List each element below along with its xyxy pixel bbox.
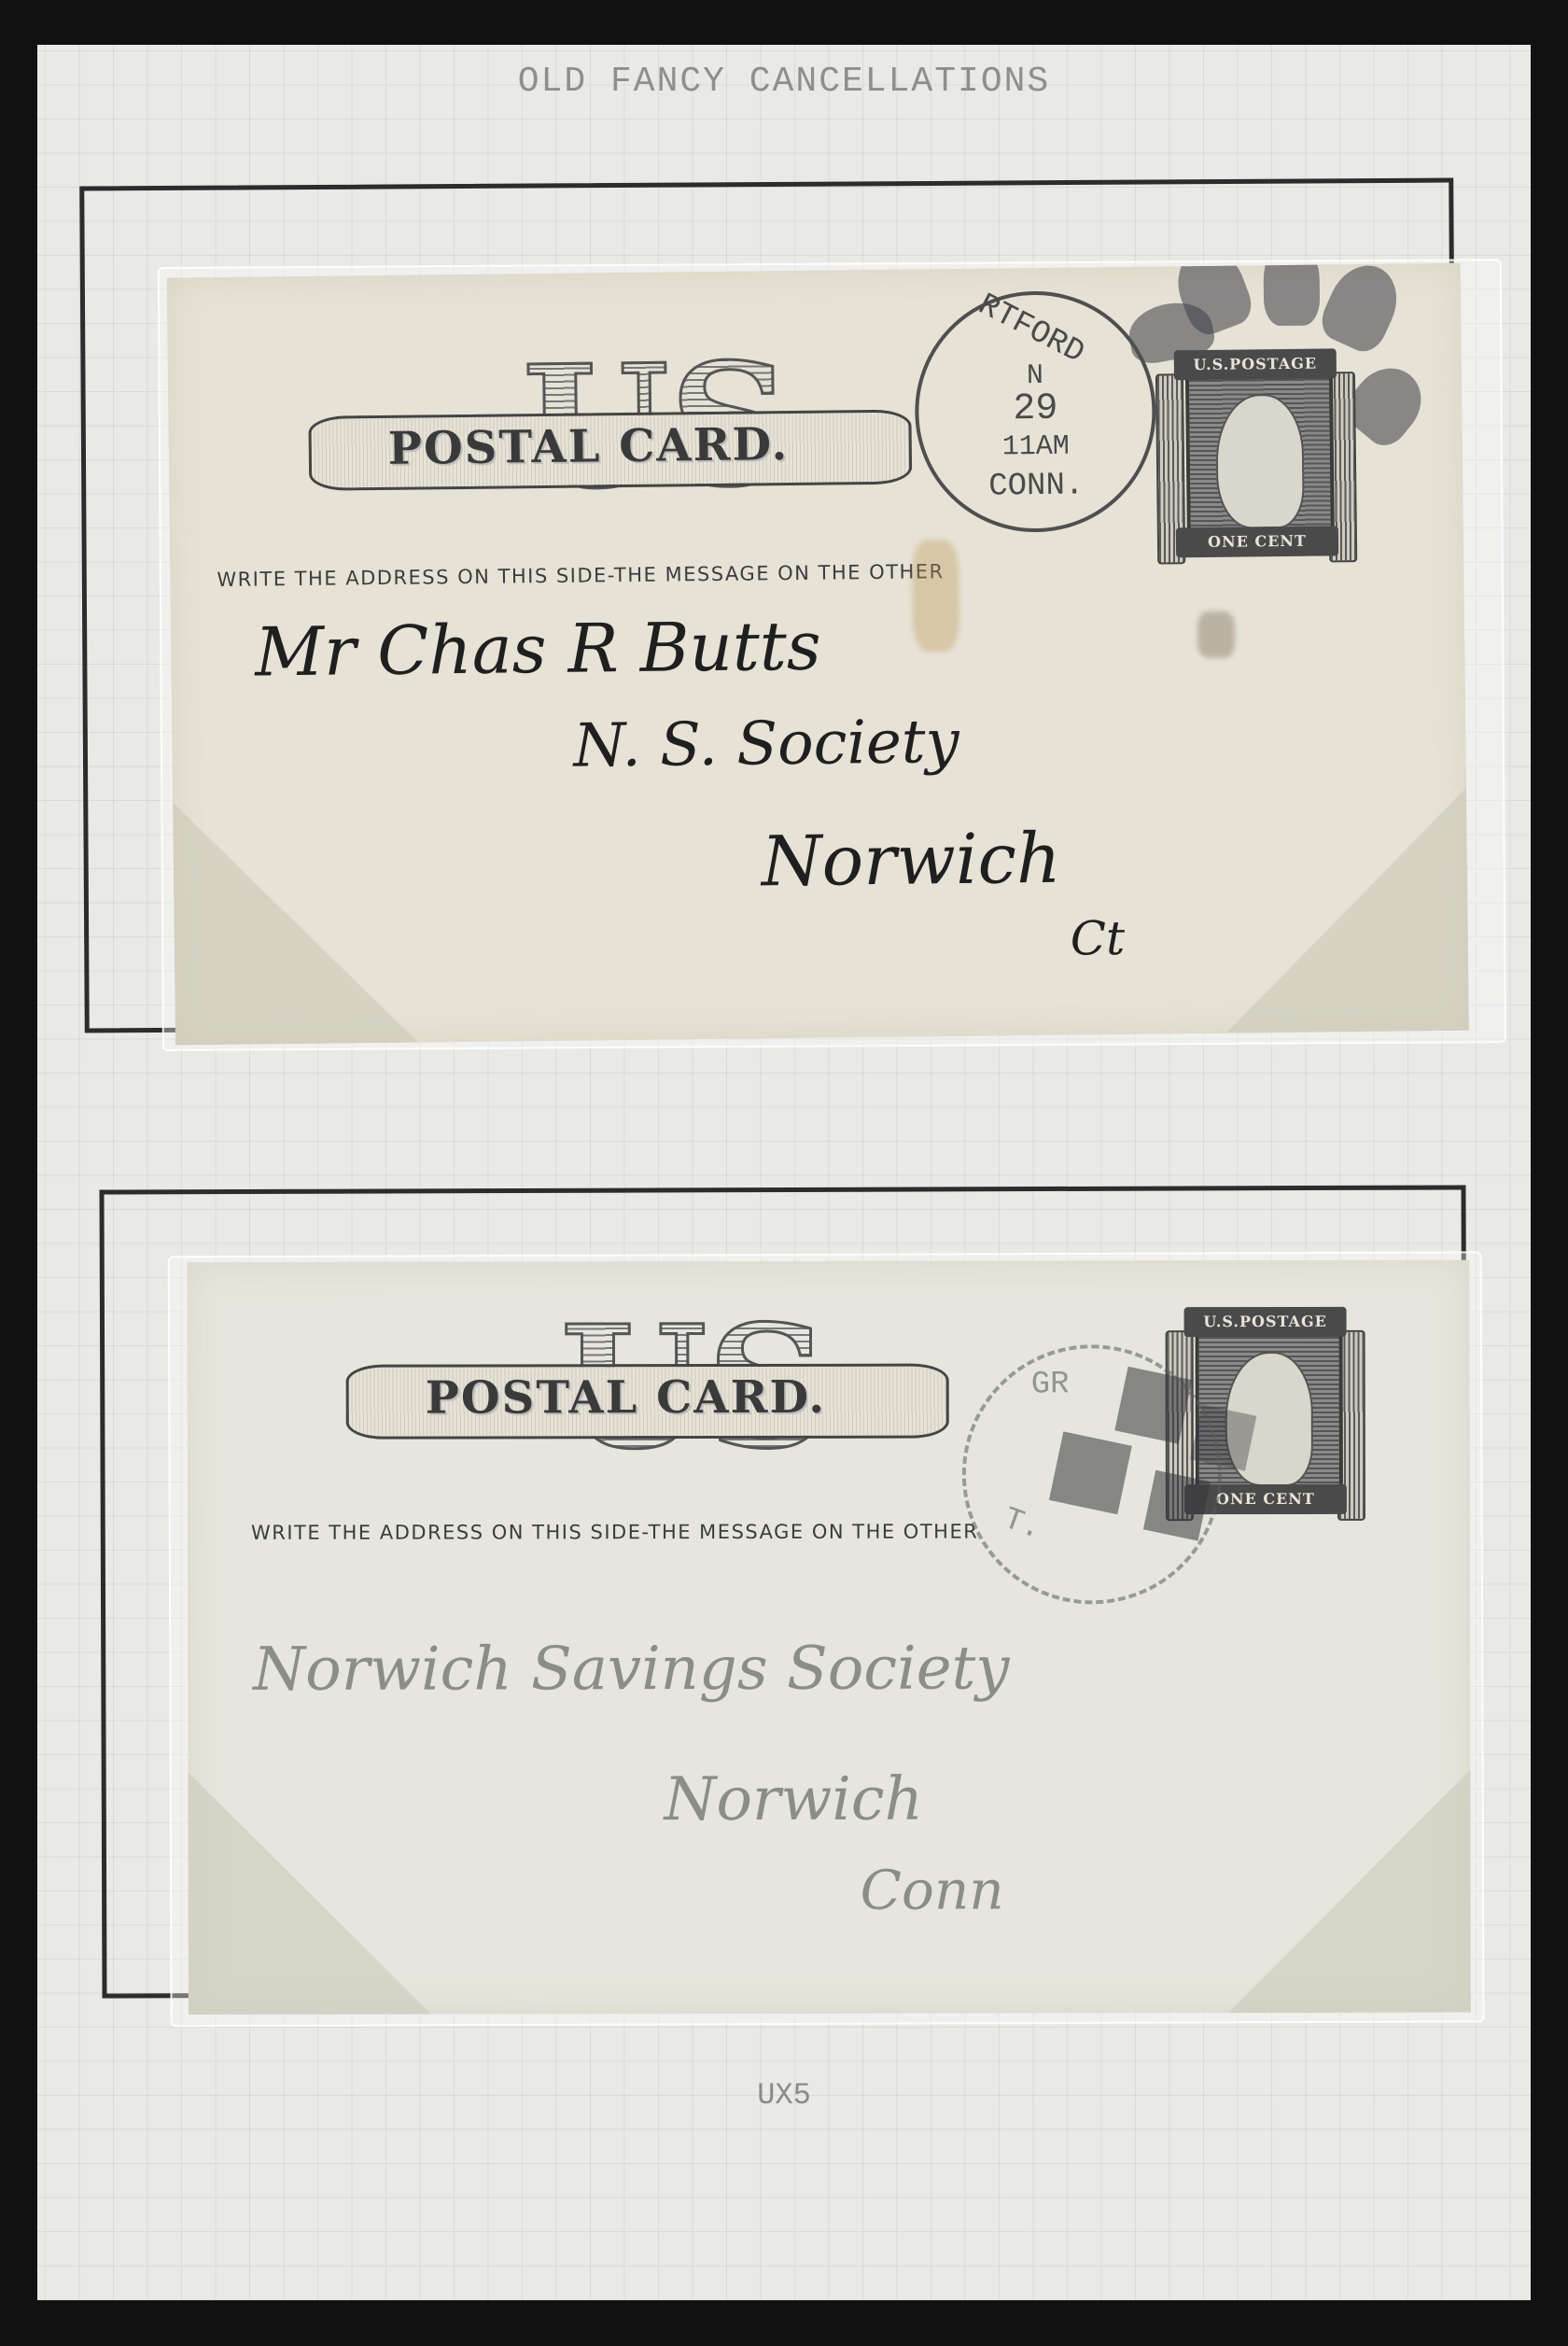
- address-instruction: WRITE THE ADDRESS ON THIS SIDE-THE MESSA…: [251, 1521, 978, 1544]
- ink-smudge: [1197, 611, 1236, 658]
- address-line-2: N. S. Society: [573, 708, 959, 781]
- album-page: OLD FANCY CANCELLATIONS US POSTAL CARD. …: [37, 45, 1531, 2300]
- age-stain: [912, 540, 959, 653]
- page-title: OLD FANCY CANCELLATIONS: [37, 62, 1531, 102]
- card-frame-2: US POSTAL CARD. WRITE THE ADDRESS ON THI…: [99, 1185, 1468, 1998]
- mount-corner-icon: [188, 1772, 430, 2015]
- address-line-2: Norwich: [664, 1765, 923, 1834]
- postmark-day: 29: [918, 387, 1152, 432]
- mount-corner-icon: [1224, 788, 1469, 1033]
- address-line-1: Mr Chas R Butts: [255, 607, 821, 692]
- postal-card-1[interactable]: US POSTAL CARD. WRITE THE ADDRESS ON THI…: [167, 263, 1469, 1046]
- address-line-3: Norwich: [761, 819, 1061, 903]
- mount-corner-icon: [173, 800, 418, 1046]
- address-instruction: WRITE THE ADDRESS ON THIS SIDE-THE MESSA…: [217, 560, 945, 591]
- card-heading: POSTAL CARD.: [426, 1371, 826, 1425]
- postmark-state: CONN.: [919, 468, 1153, 506]
- card-heading: POSTAL CARD.: [387, 418, 789, 475]
- stamp-bottom-label: ONE CENT: [1176, 526, 1338, 557]
- stamp-top-label: U.S.POSTAGE: [1184, 1307, 1347, 1337]
- liberty-head-icon: [1215, 394, 1305, 529]
- postal-card-2[interactable]: US POSTAL CARD. WRITE THE ADDRESS ON THI…: [187, 1260, 1470, 2015]
- catalog-number: UX5: [37, 2078, 1531, 2113]
- postmark-faded: GR T.: [962, 1344, 1222, 1604]
- postmark-time: 11AM: [919, 430, 1153, 465]
- cancel-petal-icon: [1263, 263, 1320, 326]
- card-frame-1: US POSTAL CARD. WRITE THE ADDRESS ON THI…: [79, 178, 1459, 1033]
- mount-corner-icon: [1227, 1770, 1470, 2013]
- address-line-3: Conn: [861, 1859, 1004, 1922]
- postmark-city: GR: [1031, 1367, 1070, 1402]
- address-line-4: Ct: [1070, 911, 1125, 966]
- stamp-top-label: U.S.POSTAGE: [1174, 348, 1337, 380]
- address-line-1: Norwich Savings Society: [253, 1634, 1009, 1704]
- postmark-hartford: RTFORD N 29 11AM CONN.: [914, 290, 1157, 534]
- postmark-state: T.: [999, 1502, 1046, 1549]
- one-cent-stamp: U.S.POSTAGE ONE CENT: [1147, 320, 1365, 584]
